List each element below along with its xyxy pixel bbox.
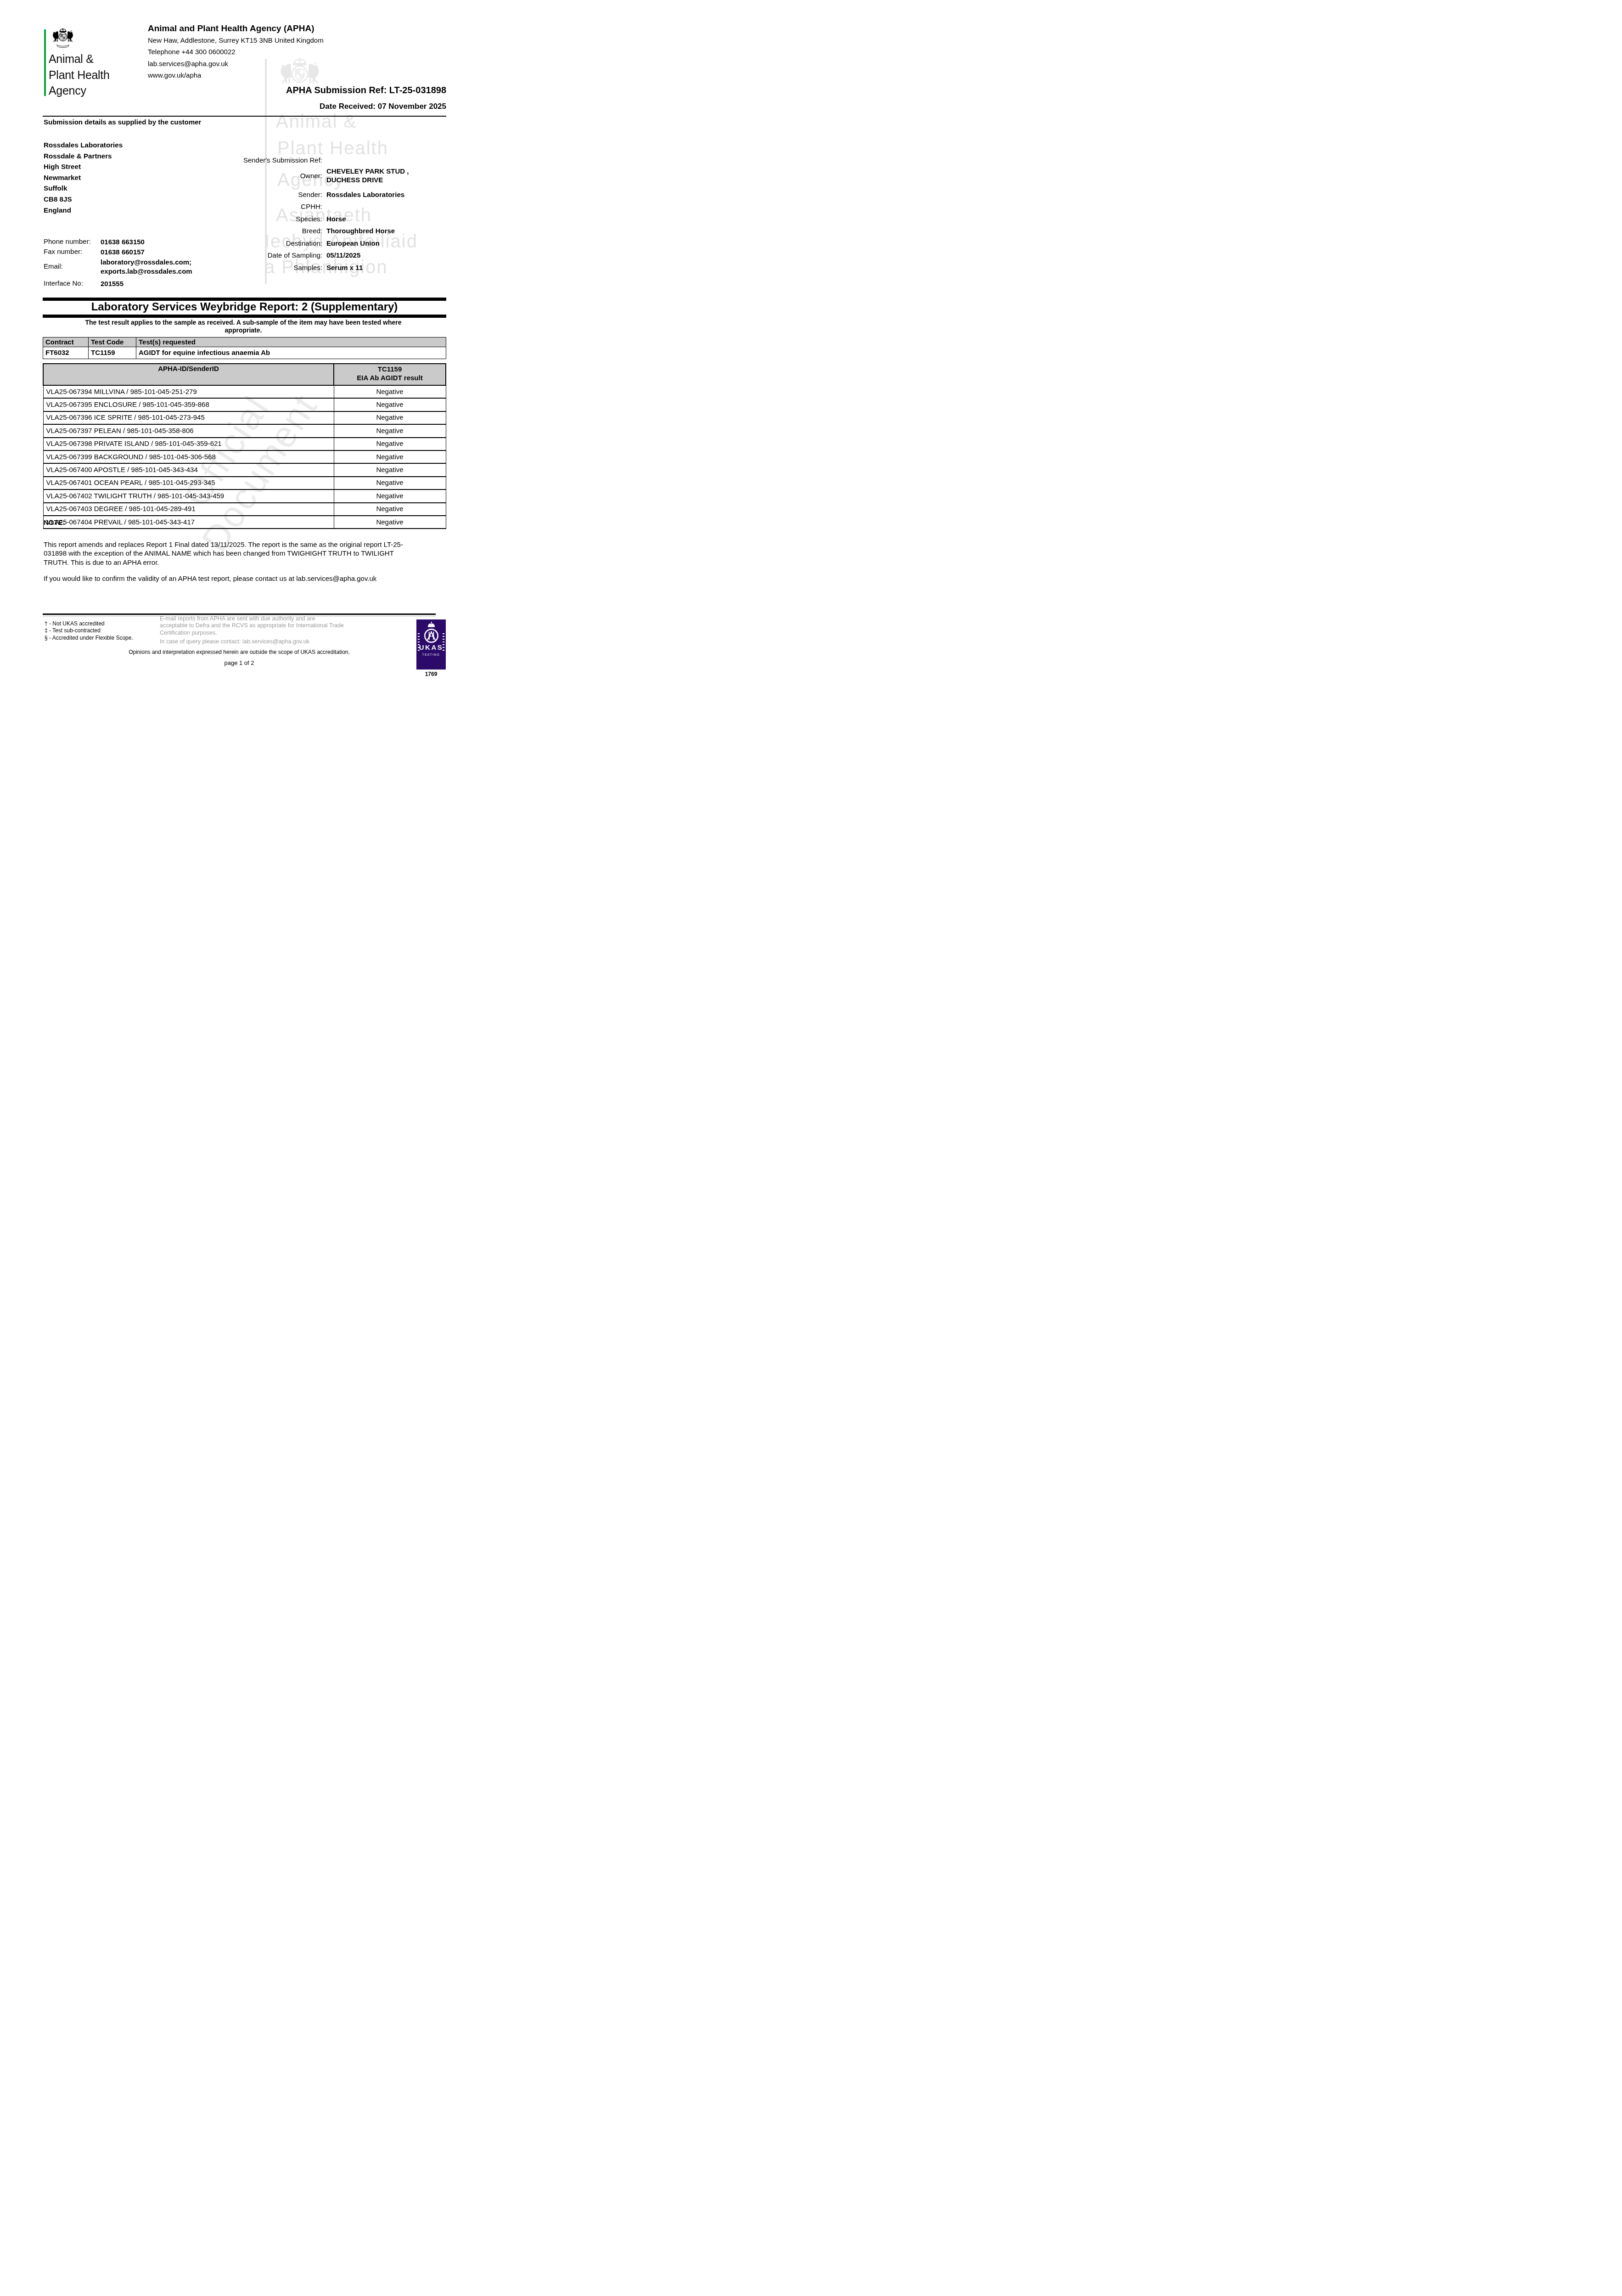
field-value: Serum x 11 xyxy=(326,264,450,273)
request-header-tests: Test(s) requested xyxy=(136,338,446,347)
opinions-disclaimer: Opinions and interpretation expressed he… xyxy=(43,649,436,655)
result-value: Negative xyxy=(334,516,446,529)
ukas-crown-icon xyxy=(427,622,436,627)
results-header-testcode: TC1159 xyxy=(335,365,445,374)
result-sample-id: VLA25-067397 PELEAN / 985-101-045-358-80… xyxy=(43,424,334,437)
note-label: NOTE: xyxy=(44,519,65,527)
validity-text: If you would like to confirm the validit… xyxy=(44,575,448,583)
result-row: VLA25-067396 ICE SPRITE / 985-101-045-27… xyxy=(43,411,446,424)
result-row: VLA25-067398 PRIVATE ISLAND / 985-101-04… xyxy=(43,438,446,450)
request-header-contract: Contract xyxy=(43,338,89,347)
field-row-destination: Destination:European Union xyxy=(174,240,450,248)
request-testcode: TC1159 xyxy=(89,347,136,359)
result-row: VLA25-067404 PREVAIL / 985-101-045-343-4… xyxy=(43,516,446,529)
ukas-testing-label: TESTING xyxy=(422,653,440,657)
ukas-ticks-left xyxy=(418,633,420,653)
results-table: APHA-ID/SenderID TC1159 EIA Ab AGIDT res… xyxy=(43,363,446,529)
royal-crest-icon xyxy=(50,26,76,50)
result-sample-id: VLA25-067399 BACKGROUND / 985-101-045-30… xyxy=(43,450,334,463)
result-value: Negative xyxy=(334,424,446,437)
sender-ref-label: Sender's Submission Ref: xyxy=(174,157,326,164)
agency-address: New Haw, Addlestone, Surrey KT15 3NB Uni… xyxy=(148,35,324,46)
agency-title: Animal and Plant Health Agency (APHA) xyxy=(148,23,324,35)
report-title: Laboratory Services Weybridge Report: 2 … xyxy=(43,301,446,314)
submission-ref: APHA Submission Ref: LT-25-031898 xyxy=(286,85,446,96)
request-header-testcode: Test Code xyxy=(89,338,136,347)
customer-address-line: CB8 8JS xyxy=(44,194,123,205)
email-value: laboratory@rossdales.com; exports.lab@ro… xyxy=(101,258,192,276)
footnote-line: § - Accredited under Flexible Scope. xyxy=(45,635,133,642)
field-value: CHEVELEY PARK STUD , DUCHESS DRIVE xyxy=(326,168,450,185)
results-header-row: APHA-ID/SenderID TC1159 EIA Ab AGIDT res… xyxy=(43,364,446,385)
logo-green-bar xyxy=(44,29,46,96)
email-notice-block: E-mail reports from APHA are sent with d… xyxy=(160,615,375,645)
watermark-line: Animal & xyxy=(276,112,357,132)
logo-line1: Animal & xyxy=(49,51,110,68)
logo-line3: Agency xyxy=(49,83,110,99)
field-value: 05/11/2025 xyxy=(326,252,450,260)
result-value: Negative xyxy=(334,463,446,476)
result-sample-id: VLA25-067402 TWILIGHT TRUTH / 985-101-04… xyxy=(43,490,334,502)
report-subtitle: The test result applies to the sample as… xyxy=(69,319,418,334)
query-contact: In case of query please contact: lab.ser… xyxy=(160,638,375,645)
result-row: VLA25-067401 OCEAN PEARL / 985-101-045-2… xyxy=(43,477,446,490)
agency-email: lab.services@apha.gov.uk xyxy=(148,58,324,70)
customer-address-line: Newmarket xyxy=(44,173,123,184)
field-row-species: Species:Horse xyxy=(174,215,450,224)
request-contract: FT6032 xyxy=(43,347,89,359)
customer-address-line: High Street xyxy=(44,162,123,173)
request-tests: AGIDT for equine infectious anaemia Ab xyxy=(136,347,446,359)
fax-label: Fax number: xyxy=(44,248,82,256)
footer-rule xyxy=(43,613,436,615)
result-value: Negative xyxy=(334,490,446,502)
logo-line2: Plant Health xyxy=(49,68,110,84)
result-value: Negative xyxy=(334,450,446,463)
date-received: Date Received: 07 November 2025 xyxy=(320,102,446,111)
interface-value: 201555 xyxy=(101,280,123,289)
fax-value: 01638 660157 xyxy=(101,248,145,257)
email-notice: E-mail reports from APHA are sent with d… xyxy=(160,615,375,636)
agency-contact-block: Animal and Plant Health Agency (APHA) Ne… xyxy=(148,23,324,81)
field-row-owner: Owner:CHEVELEY PARK STUD , DUCHESS DRIVE xyxy=(174,168,450,185)
field-value: Horse xyxy=(326,215,450,224)
ukas-emblem-icon xyxy=(424,628,439,643)
result-sample-id: VLA25-067401 OCEAN PEARL / 985-101-045-2… xyxy=(43,477,334,490)
email-notice-line: Certification purposes. xyxy=(160,630,375,636)
agency-telephone: Telephone +44 300 0600022 xyxy=(148,46,324,58)
page-number: page 1 of 2 xyxy=(43,659,436,666)
footnote-line: ‡ - Test sub-contracted xyxy=(45,627,133,634)
field-row-dateofsampling: Date of Sampling:05/11/2025 xyxy=(174,252,450,260)
email-notice-line: acceptable to Defra and the RCVS as appr… xyxy=(160,622,375,629)
note-text: This report amends and replaces Report 1… xyxy=(44,540,420,567)
field-label: Samples: xyxy=(174,264,326,273)
ukas-number: 1769 xyxy=(416,671,446,677)
footnote-line: † - Not UKAS accredited xyxy=(45,620,133,627)
title-bar-bottom xyxy=(43,315,446,318)
customer-address-line: England xyxy=(44,205,123,216)
field-label: Date of Sampling: xyxy=(174,252,326,260)
result-row: VLA25-067397 PELEAN / 985-101-045-358-80… xyxy=(43,424,446,437)
result-value: Negative xyxy=(334,411,446,424)
result-sample-id: VLA25-067396 ICE SPRITE / 985-101-045-27… xyxy=(43,411,334,424)
result-row: VLA25-067394 MILLVINA / 985-101-045-251-… xyxy=(43,385,446,398)
result-value: Negative xyxy=(334,477,446,490)
email-notice-line: E-mail reports from APHA are sent with d… xyxy=(160,615,375,622)
result-value: Negative xyxy=(334,438,446,450)
field-row-samples: Samples:Serum x 11 xyxy=(174,264,450,273)
email-label: Email: xyxy=(44,263,63,270)
result-sample-id: VLA25-067394 MILLVINA / 985-101-045-251-… xyxy=(43,385,334,398)
result-value: Negative xyxy=(334,503,446,516)
customer-address-line: Rossdales Laboratories xyxy=(44,140,123,151)
result-sample-id: VLA25-067404 PREVAIL / 985-101-045-343-4… xyxy=(43,516,334,529)
accreditation-footnotes: † - Not UKAS accredited‡ - Test sub-cont… xyxy=(45,620,133,642)
apha-logotype: Animal & Plant Health Agency xyxy=(49,51,110,99)
field-row-sender: Sender:Rossdales Laboratories xyxy=(174,191,450,200)
field-label: Species: xyxy=(174,215,326,224)
field-value: European Union xyxy=(326,240,450,248)
field-label: Sender: xyxy=(174,191,326,200)
watermark-line: Plant Health xyxy=(277,138,388,159)
request-table-header-row: Contract Test Code Test(s) requested xyxy=(43,338,446,347)
field-row-cphh: CPHH: xyxy=(174,203,450,211)
results-header-id: APHA-ID/SenderID xyxy=(43,364,334,385)
field-label: Destination: xyxy=(174,240,326,248)
phone-value: 01638 663150 xyxy=(101,238,145,247)
ukas-logo: UKAS TESTING xyxy=(416,619,446,670)
result-row: VLA25-067399 BACKGROUND / 985-101-045-30… xyxy=(43,450,446,463)
customer-address-line: Rossdale & Partners xyxy=(44,151,123,162)
field-value: Rossdales Laboratories xyxy=(326,191,450,200)
result-row: VLA25-067395 ENCLOSURE / 985-101-045-359… xyxy=(43,398,446,411)
title-bar-top xyxy=(43,298,446,301)
result-row: VLA25-067403 DEGREE / 985-101-045-289-49… xyxy=(43,503,446,516)
customer-address-block: Rossdales LaboratoriesRossdale & Partner… xyxy=(44,140,123,216)
result-sample-id: VLA25-067398 PRIVATE ISLAND / 985-101-04… xyxy=(43,438,334,450)
apha-report-page: Animal &Plant HealthAgencyAsiantaethIech… xyxy=(0,0,487,689)
result-value: Negative xyxy=(334,398,446,411)
result-sample-id: VLA25-067395 ENCLOSURE / 985-101-045-359… xyxy=(43,398,334,411)
field-value xyxy=(326,203,450,211)
field-label: CPHH: xyxy=(174,203,326,211)
result-sample-id: VLA25-067403 DEGREE / 985-101-045-289-49… xyxy=(43,503,334,516)
request-table: Contract Test Code Test(s) requested FT6… xyxy=(43,337,446,359)
result-sample-id: VLA25-067400 APOSTLE / 985-101-045-343-4… xyxy=(43,463,334,476)
field-value: Thoroughbred Horse xyxy=(326,227,450,236)
field-row-breed: Breed:Thoroughbred Horse xyxy=(174,227,450,236)
ukas-ticks-right xyxy=(443,633,444,653)
interface-label: Interface No: xyxy=(44,280,83,287)
submission-section-title: Submission details as supplied by the cu… xyxy=(44,118,201,126)
result-row: VLA25-067400 APOSTLE / 985-101-045-343-4… xyxy=(43,463,446,476)
result-value: Negative xyxy=(334,385,446,398)
header-rule xyxy=(43,116,446,117)
sender-ref-value xyxy=(326,157,450,164)
results-header-result-type: EIA Ab AGIDT result xyxy=(335,374,445,383)
ukas-wordmark: UKAS xyxy=(419,644,443,652)
field-label: Owner: xyxy=(174,172,326,180)
results-header-test: TC1159 EIA Ab AGIDT result xyxy=(334,364,446,385)
customer-address-line: Suffolk xyxy=(44,183,123,194)
agency-website: www.gov.uk/apha xyxy=(148,70,324,81)
request-table-row: FT6032 TC1159 AGIDT for equine infectiou… xyxy=(43,347,446,359)
result-row: VLA25-067402 TWILIGHT TRUTH / 985-101-04… xyxy=(43,490,446,502)
sender-ref-row: Sender's Submission Ref: xyxy=(174,157,450,164)
phone-label: Phone number: xyxy=(44,238,91,246)
field-label: Breed: xyxy=(174,227,326,236)
